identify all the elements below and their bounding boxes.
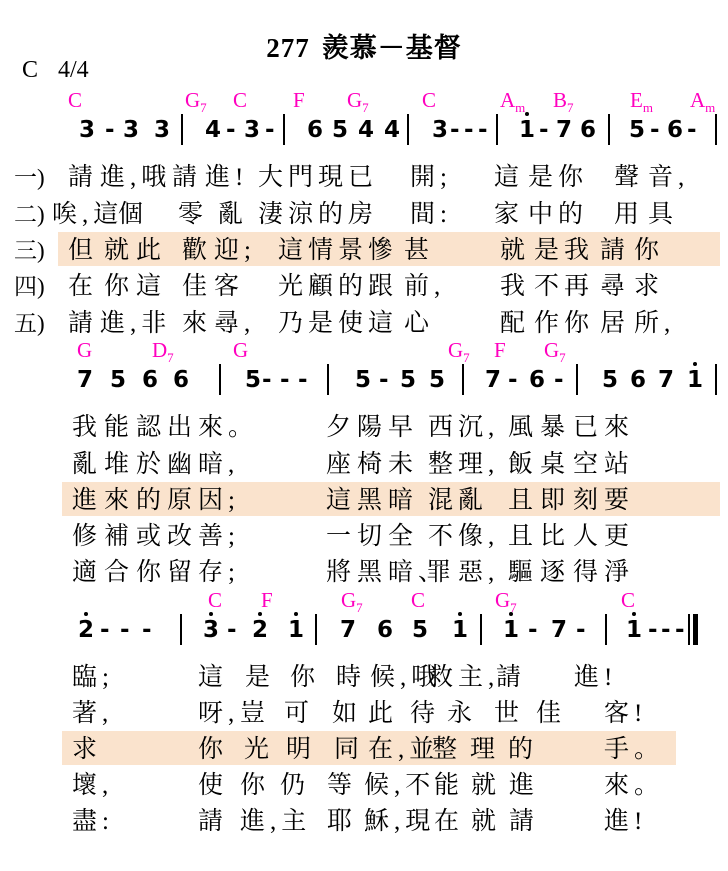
lyric-token: 明	[286, 735, 316, 764]
jianpu-note: 6	[142, 366, 158, 394]
lyric-token: 在	[68, 272, 98, 301]
lyric-token: 進	[509, 771, 539, 800]
lyric-token: 就	[471, 807, 501, 836]
duration-dash: -	[661, 616, 671, 644]
lyric-token: 能	[434, 771, 464, 800]
lyric-token: 適	[72, 558, 102, 587]
lyric-token: 世	[494, 699, 524, 728]
duration-dash: -	[100, 616, 110, 644]
chord-symbol: G	[233, 338, 248, 362]
music-systems: CG7CFG7CAmB7EmAm3-334-3-65443---1-765-6-…	[0, 0, 728, 871]
duration-dash: -	[379, 366, 389, 394]
lyric-token: 居	[600, 309, 630, 338]
lyric-token: 惡,	[458, 558, 499, 587]
lyric-token: 作你	[534, 309, 594, 338]
duration-dash: -	[450, 116, 460, 144]
lyric-token: 求	[72, 735, 102, 764]
jianpu-note: 1	[452, 616, 468, 644]
lyric-token: 如	[332, 699, 362, 728]
lyric-token: 來	[604, 413, 634, 442]
lyric-token: 來。	[198, 413, 258, 442]
lyric-token: 歡	[182, 236, 212, 265]
duration-dash: -	[120, 616, 130, 644]
lyric-token: 暴	[540, 413, 570, 442]
duration-dash: -	[687, 116, 697, 144]
lyric-token: 要	[604, 486, 634, 515]
lyric-token: 像,	[458, 522, 499, 551]
lyric-token: 座	[326, 450, 356, 479]
lyric-token: 主,	[458, 663, 499, 692]
lyric-token: 合	[104, 558, 134, 587]
bar-line	[715, 114, 717, 145]
lyric-token: 亂	[458, 486, 488, 515]
jianpu-note: 3	[154, 116, 170, 144]
bar-line	[480, 614, 482, 645]
lyric-token: 原	[167, 486, 197, 515]
lyric-token: 來	[104, 486, 134, 515]
jianpu-note: 5	[400, 366, 416, 394]
lyric-token: 全	[388, 522, 418, 551]
lyric-token: 你	[290, 663, 320, 692]
jianpu-note: 1	[519, 116, 535, 144]
lyric-token: 驅	[508, 558, 538, 587]
lyric-token: 甚	[404, 236, 434, 265]
lyric-token: 站	[604, 450, 634, 479]
chord-symbol: G7	[185, 88, 207, 120]
lyric-token: 零	[178, 200, 208, 229]
jianpu-note: 6	[307, 116, 323, 144]
lyric-token: 間:	[410, 200, 452, 229]
lyric-token: 家	[494, 200, 524, 229]
chord-subscript: m	[515, 100, 525, 115]
jianpu-note: 3	[432, 116, 448, 144]
duration-dash: -	[280, 366, 290, 394]
lyric-token: 請	[198, 807, 228, 836]
lyric-token: 但	[68, 236, 98, 265]
octave-dot	[509, 612, 513, 616]
bar-line	[496, 114, 498, 145]
chord-symbol: C	[233, 88, 247, 112]
jianpu-note: 5	[245, 366, 261, 394]
lyric-token: 客!	[604, 699, 647, 728]
jianpu-note: 1	[626, 616, 642, 644]
lyric-token: 中的	[528, 200, 588, 229]
lyric-token: 此	[136, 236, 166, 265]
chord-symbol: G	[77, 338, 92, 362]
lyric-token: 這	[136, 272, 166, 301]
final-bar-thin	[688, 614, 690, 645]
lyric-token: 空	[573, 450, 603, 479]
lyric-token: 沉,	[458, 413, 499, 442]
lyric-token: 早	[388, 413, 418, 442]
lyric-token: 就	[471, 771, 501, 800]
jianpu-note: 2	[78, 616, 94, 644]
lyric-token: 佳	[536, 699, 566, 728]
lyric-token: 所,	[634, 309, 675, 338]
lyric-token: 請	[600, 236, 630, 265]
chord-subscript: 7	[567, 100, 574, 115]
verse-number: 四)	[14, 273, 45, 301]
lyric-token: 的	[136, 486, 166, 515]
jianpu-note: 3	[123, 116, 139, 144]
jianpu-note: 4	[205, 116, 221, 144]
jianpu-note: 7	[556, 116, 572, 144]
lyric-token: 手。	[604, 735, 664, 764]
lyric-token: 豈	[240, 699, 270, 728]
lyric-token: 唉,這	[52, 200, 123, 229]
lyric-token: 就	[500, 236, 530, 265]
lyric-token: 不	[428, 522, 458, 551]
lyric-token: 永	[447, 699, 477, 728]
bar-line	[407, 114, 409, 145]
lyric-token: 淒涼的房	[258, 200, 378, 229]
lyric-token: 就	[104, 236, 134, 265]
lyric-token: 混	[428, 486, 458, 515]
lyric-token: 臨;	[72, 663, 114, 692]
lyric-token: 穌,現	[364, 807, 435, 836]
lyric-token: 罪	[426, 558, 456, 587]
chord-subscript: 7	[463, 350, 470, 365]
lyric-token: 時	[336, 663, 366, 692]
lyric-token: 光顧的跟	[278, 272, 398, 301]
jianpu-note: 5	[429, 366, 445, 394]
chord-subscript: 7	[362, 100, 369, 115]
jianpu-note: 5	[110, 366, 126, 394]
lyric-token: 配	[500, 309, 530, 338]
lyric-token: 切	[357, 522, 387, 551]
duration-dash: -	[298, 366, 308, 394]
lyric-token: 進!	[205, 163, 248, 192]
lyric-token: 修	[72, 522, 102, 551]
lyric-token: 個	[118, 200, 148, 229]
bar-line	[219, 364, 221, 395]
lyric-token: 因;	[198, 486, 240, 515]
chord-subscript: m	[643, 100, 653, 115]
lyric-token: 已	[573, 413, 603, 442]
lyric-token: 理	[470, 735, 500, 764]
chord-subscript: 7	[356, 600, 363, 615]
lyric-token: 進,非	[100, 309, 171, 338]
jianpu-note: 1	[288, 616, 304, 644]
chord-subscript: 7	[167, 350, 174, 365]
lyric-token: 你	[198, 735, 228, 764]
lyric-token: 心	[404, 309, 434, 338]
lyric-token: 留	[167, 558, 197, 587]
jianpu-note: 1	[687, 366, 703, 394]
jianpu-note: 5	[629, 116, 645, 144]
jianpu-note: 3	[244, 116, 260, 144]
lyric-token: 這	[494, 163, 524, 192]
lyric-token: 整	[428, 450, 458, 479]
lyric-token: 救	[428, 663, 458, 692]
lyric-token: 亂	[218, 200, 248, 229]
jianpu-note: 3	[203, 616, 219, 644]
lyric-token: 你	[634, 236, 664, 265]
jianpu-note: 4	[384, 116, 400, 144]
jianpu-note: 6	[630, 366, 646, 394]
lyric-token: 來	[182, 309, 212, 338]
lyric-token: 求	[634, 272, 664, 301]
lyric-token: 進,主	[240, 807, 311, 836]
lyric-token: 耶	[327, 807, 357, 836]
lyric-token: 刻	[573, 486, 603, 515]
lyric-token: 候,不	[364, 771, 435, 800]
verse-number: 五)	[14, 310, 45, 338]
final-bar-thick	[693, 614, 698, 645]
lyric-token: 椅	[357, 450, 387, 479]
lyric-token: 此	[368, 699, 398, 728]
jianpu-note: 3	[79, 116, 95, 144]
verse-number: 一)	[14, 164, 45, 192]
duration-dash: -	[508, 366, 518, 394]
lyric-token: 更	[604, 522, 634, 551]
lyric-token: 黑	[357, 558, 387, 587]
duration-dash: -	[539, 116, 549, 144]
bar-line	[605, 614, 607, 645]
lyric-token: 這	[198, 663, 228, 692]
chord-symbol: C	[422, 88, 436, 112]
octave-dot	[525, 112, 529, 116]
duration-dash: -	[528, 616, 538, 644]
lyric-token: 存;	[198, 558, 240, 587]
lyric-token: 請	[172, 163, 202, 192]
bar-line	[576, 364, 578, 395]
duration-dash: -	[227, 616, 237, 644]
jianpu-note: 6	[580, 116, 596, 144]
chord-symbol: F	[494, 338, 506, 362]
lyric-token: 將	[326, 558, 356, 587]
jianpu-note: 5	[355, 366, 371, 394]
lyric-token: 光	[244, 735, 274, 764]
lyric-token: 請	[68, 309, 98, 338]
lyric-token: 同	[334, 735, 364, 764]
lyric-token: 即	[540, 486, 570, 515]
jianpu-note: 4	[358, 116, 374, 144]
lyric-token: 改	[167, 522, 197, 551]
octave-dot	[294, 612, 298, 616]
bar-line	[315, 614, 317, 645]
chord-symbol: C	[68, 88, 82, 112]
lyric-token: 桌	[540, 450, 570, 479]
lyric-token: 逐	[540, 558, 570, 587]
lyric-token: 夕	[326, 413, 356, 442]
lyric-token: 善;	[198, 522, 240, 551]
lyric-token: 請	[496, 663, 526, 692]
bar-line	[715, 364, 717, 395]
lyric-token: 在	[434, 807, 464, 836]
lyric-token: 音,	[648, 163, 689, 192]
lyric-token: 聲	[614, 163, 644, 192]
lyric-token: 出	[167, 413, 197, 442]
lyric-token: 理,	[458, 450, 499, 479]
chord-subscript: 7	[559, 350, 566, 365]
lyric-token: 待	[410, 699, 440, 728]
chord-subscript: 7	[200, 100, 207, 115]
lyric-token: 乃是使這	[278, 309, 398, 338]
lyric-token: 進,哦	[100, 163, 171, 192]
lyric-token: 人	[573, 522, 603, 551]
chord-symbol: C	[621, 588, 635, 612]
duration-dash: -	[576, 616, 586, 644]
duration-dash: -	[265, 116, 275, 144]
lyric-token: 我	[500, 272, 530, 301]
duration-dash: -	[226, 116, 236, 144]
lyric-token: 能	[104, 413, 134, 442]
lyric-token: 堆	[104, 450, 134, 479]
lyric-token: 著,	[72, 699, 113, 728]
duration-dash: -	[554, 366, 564, 394]
lyric-token: 來。	[604, 771, 664, 800]
jianpu-note: 7	[340, 616, 356, 644]
lyric-token: 尋,	[214, 309, 255, 338]
duration-dash: -	[648, 616, 658, 644]
jianpu-note: 5	[412, 616, 428, 644]
lyric-token: 具	[648, 200, 678, 229]
lyric-token: 用	[614, 200, 644, 229]
lyric-token: 是	[245, 663, 275, 692]
chord-symbol: C	[208, 588, 222, 612]
jianpu-note: 5	[332, 116, 348, 144]
duration-dash: -	[478, 116, 488, 144]
lyric-token: 暗	[388, 486, 418, 515]
duration-dash: -	[142, 616, 152, 644]
lyric-token: 陽	[357, 413, 387, 442]
lyric-token: 整	[432, 735, 462, 764]
lyric-token: 風	[508, 413, 538, 442]
jianpu-note: 7	[658, 366, 674, 394]
lyric-token: 你	[240, 771, 270, 800]
lyric-token: 客	[214, 272, 244, 301]
lyric-token: 得	[573, 558, 603, 587]
octave-dot	[693, 362, 697, 366]
chord-symbol: G7	[448, 338, 470, 370]
lyric-token: 我	[72, 413, 102, 442]
jianpu-note: 7	[77, 366, 93, 394]
octave-dot	[632, 612, 636, 616]
lyric-token: 可	[284, 699, 314, 728]
lyric-token: 未	[388, 450, 418, 479]
duration-dash: -	[262, 366, 272, 394]
lyric-token: 一	[326, 522, 356, 551]
lyric-token: 是你	[528, 163, 588, 192]
lyric-token: 佳	[182, 272, 212, 301]
lyric-token: 不再	[534, 272, 594, 301]
duration-dash: -	[105, 116, 115, 144]
chord-symbol: F	[293, 88, 305, 112]
lyric-token: 進!	[574, 663, 617, 692]
bar-line	[608, 114, 610, 145]
lyric-token: 呀,	[198, 699, 239, 728]
bar-line	[180, 614, 182, 645]
lyric-token: 是我	[534, 236, 594, 265]
lyric-token: 於	[136, 450, 166, 479]
jianpu-note: 6	[667, 116, 683, 144]
octave-dot	[258, 612, 262, 616]
lyric-token: 盡:	[72, 807, 114, 836]
lyric-token: 在,並	[368, 735, 439, 764]
lyric-token: 大門現已	[258, 163, 378, 192]
lyric-token: 西	[428, 413, 458, 442]
lyric-token: 開;	[410, 163, 452, 192]
lyric-token: 補	[104, 522, 134, 551]
lyric-token: 仍	[280, 771, 310, 800]
chord-symbol: F	[261, 588, 273, 612]
lyric-token: 請	[509, 807, 539, 836]
jianpu-note: 2	[252, 616, 268, 644]
chord-symbol: C	[411, 588, 425, 612]
jianpu-note: 6	[173, 366, 189, 394]
duration-dash: -	[464, 116, 474, 144]
octave-dot	[209, 612, 213, 616]
lyric-token: 前,	[404, 272, 445, 301]
lyric-token: 這情景慘	[278, 236, 398, 265]
octave-dot	[84, 612, 88, 616]
lyric-token: 黑	[357, 486, 387, 515]
lyric-token: 或	[136, 522, 166, 551]
lyric-token: 請	[68, 163, 98, 192]
lyric-token: 淨	[604, 558, 634, 587]
lyric-token: 且	[508, 522, 538, 551]
hymn-sheet: 277羨慕－基督 C 4/4 CG7CFG7CAmB7EmAm3-334-3-6…	[0, 0, 728, 871]
lyric-token: 暗,	[198, 450, 239, 479]
lyric-token: 你	[104, 272, 134, 301]
octave-dot	[458, 612, 462, 616]
lyric-token: 進!	[604, 807, 647, 836]
lyric-token: 進	[72, 486, 102, 515]
bar-line	[181, 114, 183, 145]
duration-dash: -	[650, 116, 660, 144]
bar-line	[327, 364, 329, 395]
lyric-token: 尋	[600, 272, 630, 301]
verse-number: 二)	[14, 201, 45, 229]
lyric-token: 等	[327, 771, 357, 800]
jianpu-note: 1	[503, 616, 519, 644]
lyric-token: 認	[136, 413, 166, 442]
jianpu-note: 7	[551, 616, 567, 644]
lyric-token: 幽	[167, 450, 197, 479]
lyric-token: 壞,	[72, 771, 113, 800]
lyric-token: 迎;	[214, 236, 256, 265]
lyric-token: 比	[540, 522, 570, 551]
jianpu-note: 7	[485, 366, 501, 394]
chord-subscript: m	[705, 100, 715, 115]
lyric-token: 且	[508, 486, 538, 515]
verse-number: 三)	[14, 237, 45, 265]
lyric-token: 使	[198, 771, 228, 800]
lyric-token: 你	[136, 558, 166, 587]
jianpu-note: 6	[529, 366, 545, 394]
duration-dash: -	[675, 616, 685, 644]
bar-line	[462, 364, 464, 395]
lyric-token: 亂	[72, 450, 102, 479]
jianpu-note: 6	[377, 616, 393, 644]
lyric-token: 的	[508, 735, 538, 764]
lyric-token: 這	[326, 486, 356, 515]
lyric-token: 飯	[508, 450, 538, 479]
bar-line	[283, 114, 285, 145]
jianpu-note: 5	[602, 366, 618, 394]
